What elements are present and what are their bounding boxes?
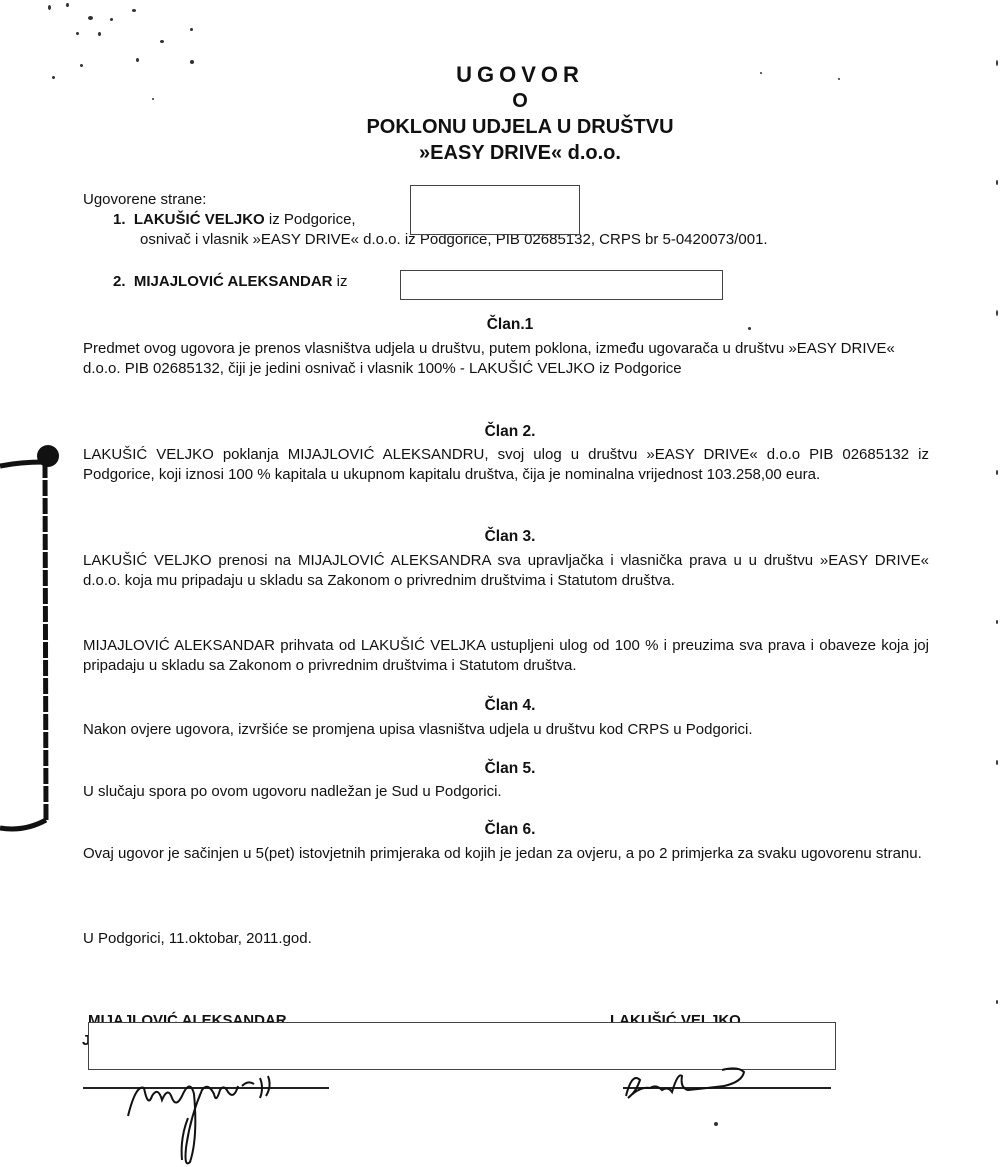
article-1-heading: Član.1 (0, 316, 1000, 334)
article-3-heading: Član 3. (0, 528, 1000, 546)
redaction-box (410, 185, 580, 235)
title-line-subject: POKLONU UDJELA U DRUŠTVU (0, 116, 1000, 139)
party-2-number: 2. (113, 273, 126, 290)
article-5-text: U slučaju spora po ovom ugovoru nadležan… (83, 782, 929, 802)
redaction-box (400, 270, 723, 300)
party-1-name: LAKUŠIĆ VELJKO (134, 211, 265, 228)
signature-left (110, 1068, 330, 1167)
party-1-number: 1. (113, 211, 126, 228)
article-3-text: LAKUŠIĆ VELJKO prenosi na MIJAJLOVIĆ ALE… (83, 551, 929, 591)
document-title: UGOVOR (0, 62, 1000, 88)
article-2-text: LAKUŠIĆ VELJKO poklanja MIJAJLOVIĆ ALEKS… (83, 445, 929, 485)
party-2: 2. MIJAJLOVIĆ ALEKSANDAR iz (113, 271, 348, 292)
parties-label: Ugovorene strane: (83, 189, 206, 210)
binder-clip-mark (0, 440, 70, 840)
signature-right (618, 1062, 758, 1102)
party-1: 1. LAKUŠIĆ VELJKO iz Podgorice, (113, 209, 356, 230)
article-5-heading: Član 5. (0, 760, 1000, 778)
title-line-o: O (0, 90, 1000, 113)
title-line-company: »EASY DRIVE« d.o.o. (0, 142, 1000, 165)
place-date: U Podgorici, 11.oktobar, 2011.god. (83, 928, 312, 949)
article-1-text: Predmet ovog ugovora je prenos vlasništv… (83, 339, 929, 379)
article-6-heading: Član 6. (0, 821, 1000, 839)
party-2-name: MIJAJLOVIĆ ALEKSANDAR (134, 273, 333, 290)
article-4-text: Nakon ovjere ugovora, izvršiće se promje… (83, 720, 929, 740)
article-3-text-2: MIJAJLOVIĆ ALEKSANDAR prihvata od LAKUŠI… (83, 636, 929, 676)
article-2-heading: Član 2. (0, 423, 1000, 441)
article-6-text: Ovaj ugovor je sačinjen u 5(pet) istovje… (83, 844, 929, 864)
party-2-from: iz (333, 273, 348, 290)
party-1-from: iz Podgorice, (265, 211, 356, 228)
article-4-heading: Član 4. (0, 697, 1000, 715)
